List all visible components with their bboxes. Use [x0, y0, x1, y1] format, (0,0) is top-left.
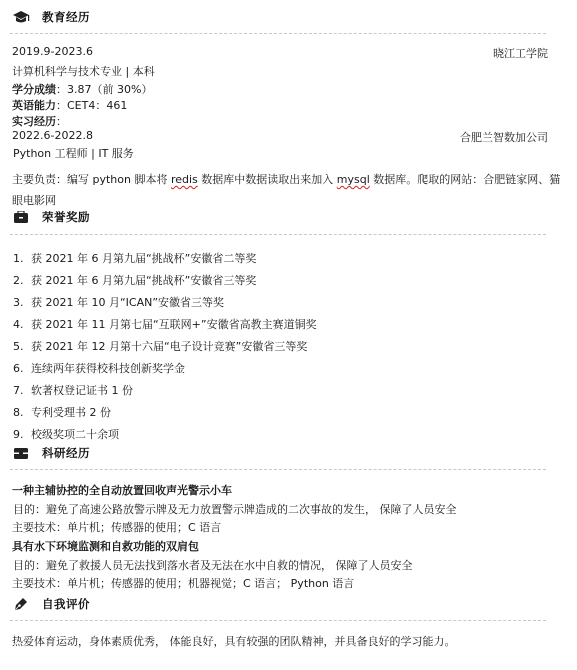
honor-item: 2.获 2021 年 6 月第九届“挑战杯”安徽省三等奖	[13, 272, 256, 288]
spellcheck-word-mysql: mysql	[337, 173, 370, 186]
section-title: 荣誉奖励	[42, 209, 90, 225]
self-eval-section-header: 自我评价	[12, 595, 90, 613]
honor-item: 7.软著权登记证书 1 份	[13, 382, 133, 398]
project-goal: 目的：避免了高速公路放警示牌及无力放置警示牌造成的二次事故的发生， 保障了人员安…	[13, 501, 457, 517]
self-eval-text: 热爱体育运动，身体素质优秀， 体能良好，具有较强的团队精神，并具备良好的学习能力…	[12, 633, 456, 649]
item-number: 7.	[13, 384, 31, 397]
honors-section-header: 荣誉奖励	[12, 208, 90, 226]
school-name: 晓江工学院	[493, 45, 548, 61]
duty-text: 数据库中数据读取出来加入	[198, 173, 337, 186]
internship-company: 合肥兰智数加公司	[460, 129, 548, 145]
item-number: 3.	[13, 296, 31, 309]
major: 计算机科学与技术专业 | 本科	[12, 63, 155, 79]
item-number: 4.	[13, 318, 31, 331]
internship-period: 2022.6-2022.8	[12, 129, 93, 142]
item-text: 软著权登记证书 1 份	[31, 384, 133, 397]
internship-label: 实习经历	[12, 115, 56, 128]
internship-duty: 主要负责：编写 python 脚本将 redis 数据库中数据读取出来加入 my…	[12, 171, 560, 187]
briefcase-icon	[12, 209, 30, 225]
item-text: 获 2021 年 12 月第十六届“电子设计竞赛”安徽省三等奖	[31, 340, 307, 353]
education-period: 2019.9-2023.6	[12, 45, 93, 58]
section-title: 教育经历	[42, 9, 90, 25]
internship-label-row: 实习经历：	[12, 113, 67, 129]
project-tech: 主要技术：单片机；传感器的使用；C 语言	[12, 519, 221, 535]
item-number: 9.	[13, 428, 31, 441]
honor-item: 1.获 2021 年 6 月第九届“挑战杯”安徽省二等奖	[13, 250, 256, 266]
gpa-label: 学分成绩	[12, 83, 56, 96]
internship-duty-line2: 眼电影网	[12, 192, 56, 208]
education-section-header: 教育经历	[12, 8, 90, 26]
project-name: 具有水下环境监测和自救功能的双肩包	[12, 538, 199, 554]
duty-text: 数据库。爬取的网站：合肥链家网、猫	[370, 173, 561, 186]
pen-nib-icon	[12, 596, 30, 612]
gpa-row: 学分成绩：3.87（前 30%）	[12, 81, 152, 97]
honor-item: 3.获 2021 年 10 月“ICAN”安徽省三等奖	[13, 294, 224, 310]
toolbox-icon	[12, 445, 30, 461]
spellcheck-word-redis: redis	[171, 173, 198, 186]
item-number: 2.	[13, 274, 31, 287]
item-number: 6.	[13, 362, 31, 375]
project-goal: 目的：避免了救援人员无法找到落水者及无法在水中自救的情况， 保障了人员安全	[13, 557, 413, 573]
project-name: 一种主辅协控的全自动放置回收声光警示小车	[12, 482, 232, 498]
colon: ：	[56, 115, 67, 128]
divider	[10, 469, 546, 470]
section-title: 科研经历	[42, 445, 90, 461]
item-text: 校级奖项二十余项	[31, 428, 119, 441]
divider	[10, 33, 546, 34]
honor-item: 6.连续两年获得校科技创新奖学金	[13, 360, 185, 376]
section-title: 自我评价	[42, 596, 90, 612]
honor-item: 9.校级奖项二十余项	[13, 426, 119, 442]
english-value: ：CET4：461	[56, 99, 127, 112]
divider	[10, 234, 546, 235]
research-section-header: 科研经历	[12, 444, 90, 462]
item-text: 获 2021 年 6 月第九届“挑战杯”安徽省三等奖	[31, 274, 256, 287]
gpa-value: ：3.87（前 30%）	[56, 83, 152, 96]
item-text: 获 2021 年 6 月第九届“挑战杯”安徽省二等奖	[31, 252, 256, 265]
internship-role: Python 工程师 | IT 服务	[13, 145, 134, 161]
graduation-cap-icon	[12, 9, 30, 25]
english-label: 英语能力	[12, 99, 56, 112]
item-number: 1.	[13, 252, 31, 265]
duty-text: 主要负责：编写 python 脚本将	[12, 173, 171, 186]
english-row: 英语能力：CET4：461	[12, 97, 127, 113]
item-number: 8.	[13, 406, 31, 419]
item-text: 专利受理书 2 份	[31, 406, 111, 419]
item-text: 连续两年获得校科技创新奖学金	[31, 362, 185, 375]
honor-item: 4.获 2021 年 11 月第七届“互联网+”安徽省高教主赛道铜奖	[13, 316, 317, 332]
item-number: 5.	[13, 340, 31, 353]
honor-item: 8.专利受理书 2 份	[13, 404, 111, 420]
item-text: 获 2021 年 10 月“ICAN”安徽省三等奖	[31, 296, 224, 309]
project-tech: 主要技术：单片机；传感器的使用；机器视觉；C 语言； Python 语言	[12, 575, 354, 591]
item-text: 获 2021 年 11 月第七届“互联网+”安徽省高教主赛道铜奖	[31, 318, 317, 331]
honor-item: 5.获 2021 年 12 月第十六届“电子设计竞赛”安徽省三等奖	[13, 338, 307, 354]
divider	[10, 620, 546, 621]
